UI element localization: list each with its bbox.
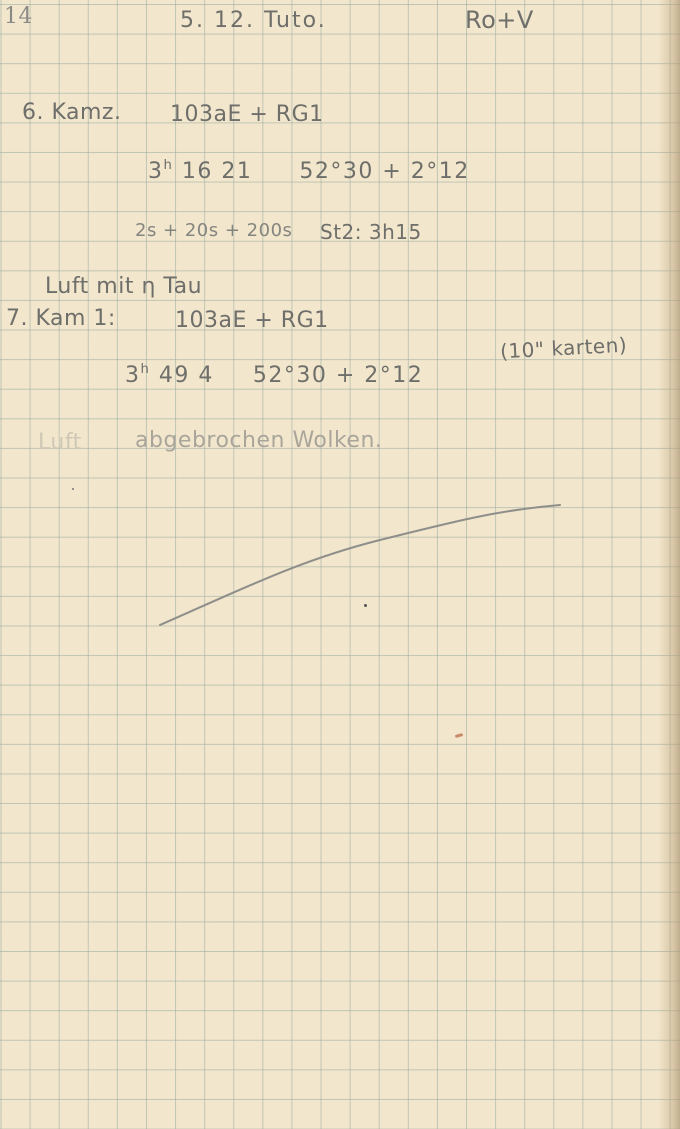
pencil-dot [72,488,74,490]
pencil-curve [0,0,680,1129]
pencil-dot [364,604,367,607]
notebook-page: 14 5. 12. Tuto. Ro+V 6. Kamz. 103aE + RG… [0,0,680,1129]
